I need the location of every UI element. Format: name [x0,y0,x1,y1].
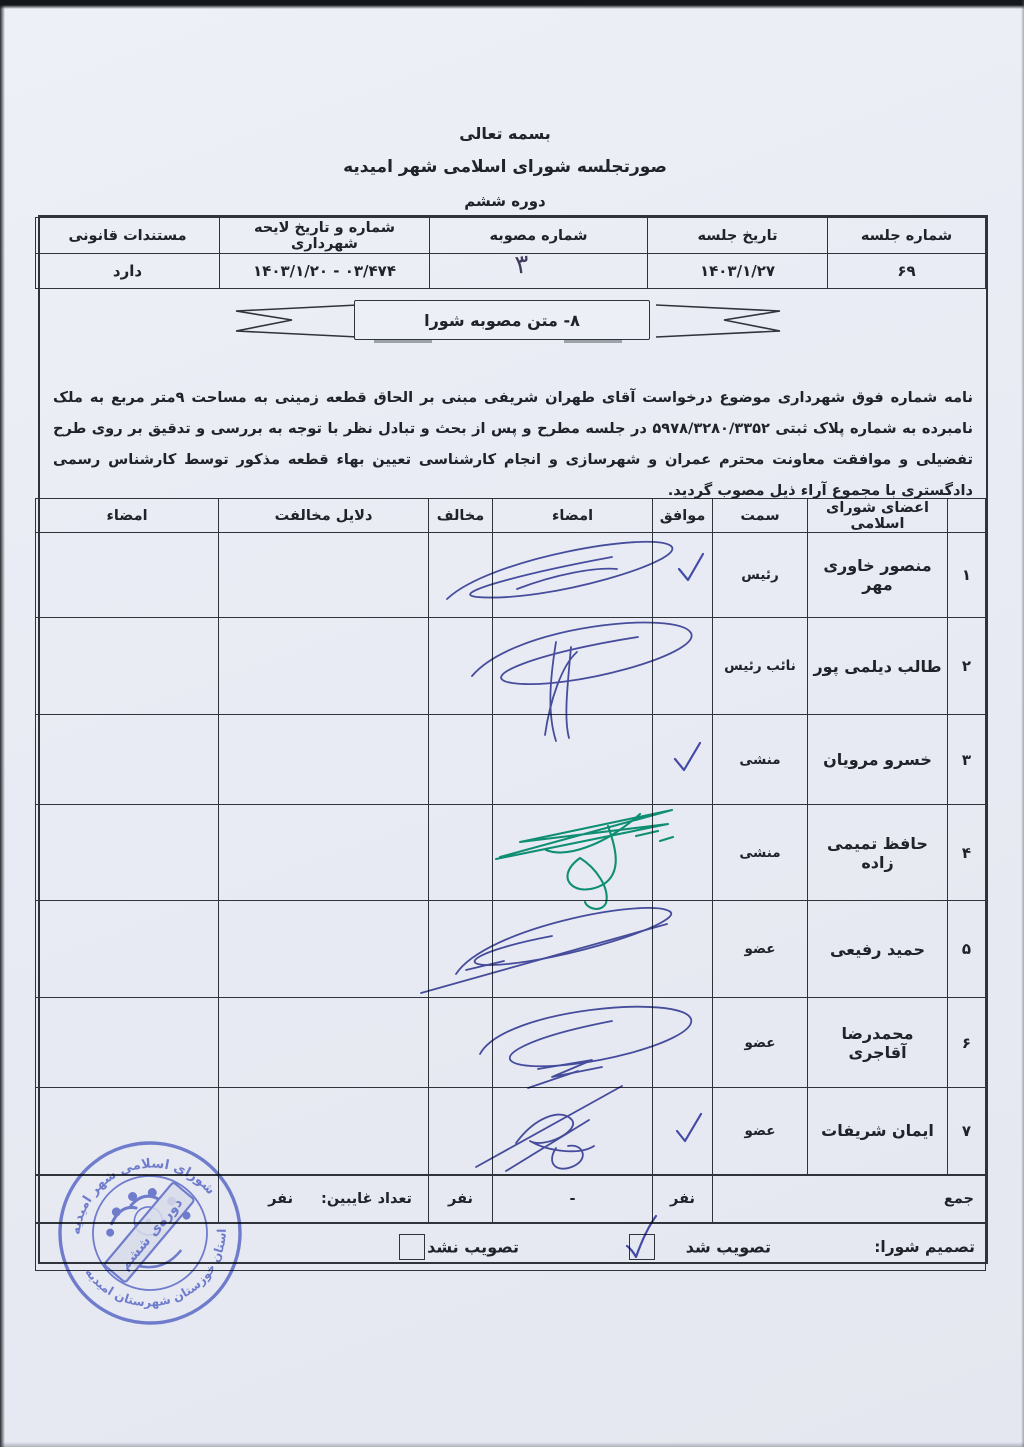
member-row: ۳ خسرو مرویان منشی [36,715,986,805]
member-row: ۲ طالب دیلمی پور نائب رئیس [36,618,986,715]
member-row: ۷ ایمان شریفات عضو [36,1088,986,1175]
member-row: ۴ حافظ تمیمی زاده منشی [36,805,986,901]
scan-edge-top [0,0,1024,9]
legal-docs-label: مستندات قانونی [36,218,220,254]
session-date-value: ۱۴۰۳/۱/۲۷ [648,254,828,289]
signature-dash: - [493,1175,653,1223]
session-date-label: تاریخ جلسه [648,218,828,254]
total-label: جمع [713,1175,986,1223]
oppose-reason-cell [219,533,429,618]
session-number-label: شماره جلسه [828,218,986,254]
session-number-value: ۶۹ [828,254,986,289]
resolution-number-cell [430,254,648,289]
scan-edge-bottom [0,1442,1024,1447]
col-oppose-reasons: دلایل مخالفت [219,499,429,533]
approved-label: تصویب شد [686,1237,771,1256]
signature-cell [493,533,653,618]
term-subtitle: دوره ششم [0,192,1010,210]
municipality-bill-value: ۱۴۰۳/۱/۲۰ - ۰۳/۴۷۴ [220,254,430,289]
page-title: صورتجلسه شورای اسلامی شهر امیدیه [0,157,1010,177]
oppose-count: نفر [429,1175,493,1223]
rejected-checkbox [399,1234,425,1260]
members-table: اعضای شورای اسلامی سمت موافق امضاء مخالف… [35,498,986,1271]
approved-checkbox [629,1234,655,1260]
members-header-row: اعضای شورای اسلامی سمت موافق امضاء مخالف… [36,499,986,533]
absent-count: نفر [268,1191,293,1207]
agree-cell [653,533,713,618]
document-frame: شماره جلسه تاریخ جلسه شماره مصوبه شماره … [38,215,988,1264]
municipality-bill-label: شماره و تاریخ لایحه شهرداری [220,218,430,254]
scanned-document-sheet: بسمه تعالی صورتجلسه شورای اسلامی شهر امی… [0,0,1024,1447]
decision-label: تصمیم شورا: [874,1238,975,1256]
col-signature-2: امضاء [36,499,219,533]
totals-row: جمع نفر - نفر تعداد غایبین:نفر [36,1175,986,1223]
signature2-cell [36,533,219,618]
member-row: ۵ حمید رفیعی عضو [36,901,986,998]
col-members: اعضای شورای اسلامی [808,499,948,533]
scan-edge-left [0,0,5,1447]
resolution-paragraph: نامه شماره فوق شهرداری موضوع درخواست آقا… [40,377,986,498]
absent-cell: تعداد غایبین:نفر [219,1175,429,1223]
decision-row: تصمیم شورا: تصویب شد تصویب نشد [36,1223,986,1271]
col-signature: امضاء [493,499,653,533]
resolution-banner: ۸- متن مصوبه شورا [40,289,986,377]
legal-docs-value: دارد [36,254,220,289]
rejected-label: تصویب نشد [427,1237,519,1256]
oppose-cell [429,533,493,618]
resolution-number-label: شماره مصوبه [430,218,648,254]
absent-label: تعداد غایبین: [321,1191,412,1207]
member-row: ۱ منصور خاوری مهر رئیس [36,533,986,618]
agree-count: نفر [653,1175,713,1223]
member-row: ۶ محمدرضا آقاجری عضو [36,998,986,1088]
session-info-table: شماره جلسه تاریخ جلسه شماره مصوبه شماره … [35,217,986,289]
banner-title: ۸- متن مصوبه شورا [354,300,650,340]
col-oppose: مخالف [429,499,493,533]
bismillah-line: بسمه تعالی [0,124,1010,143]
